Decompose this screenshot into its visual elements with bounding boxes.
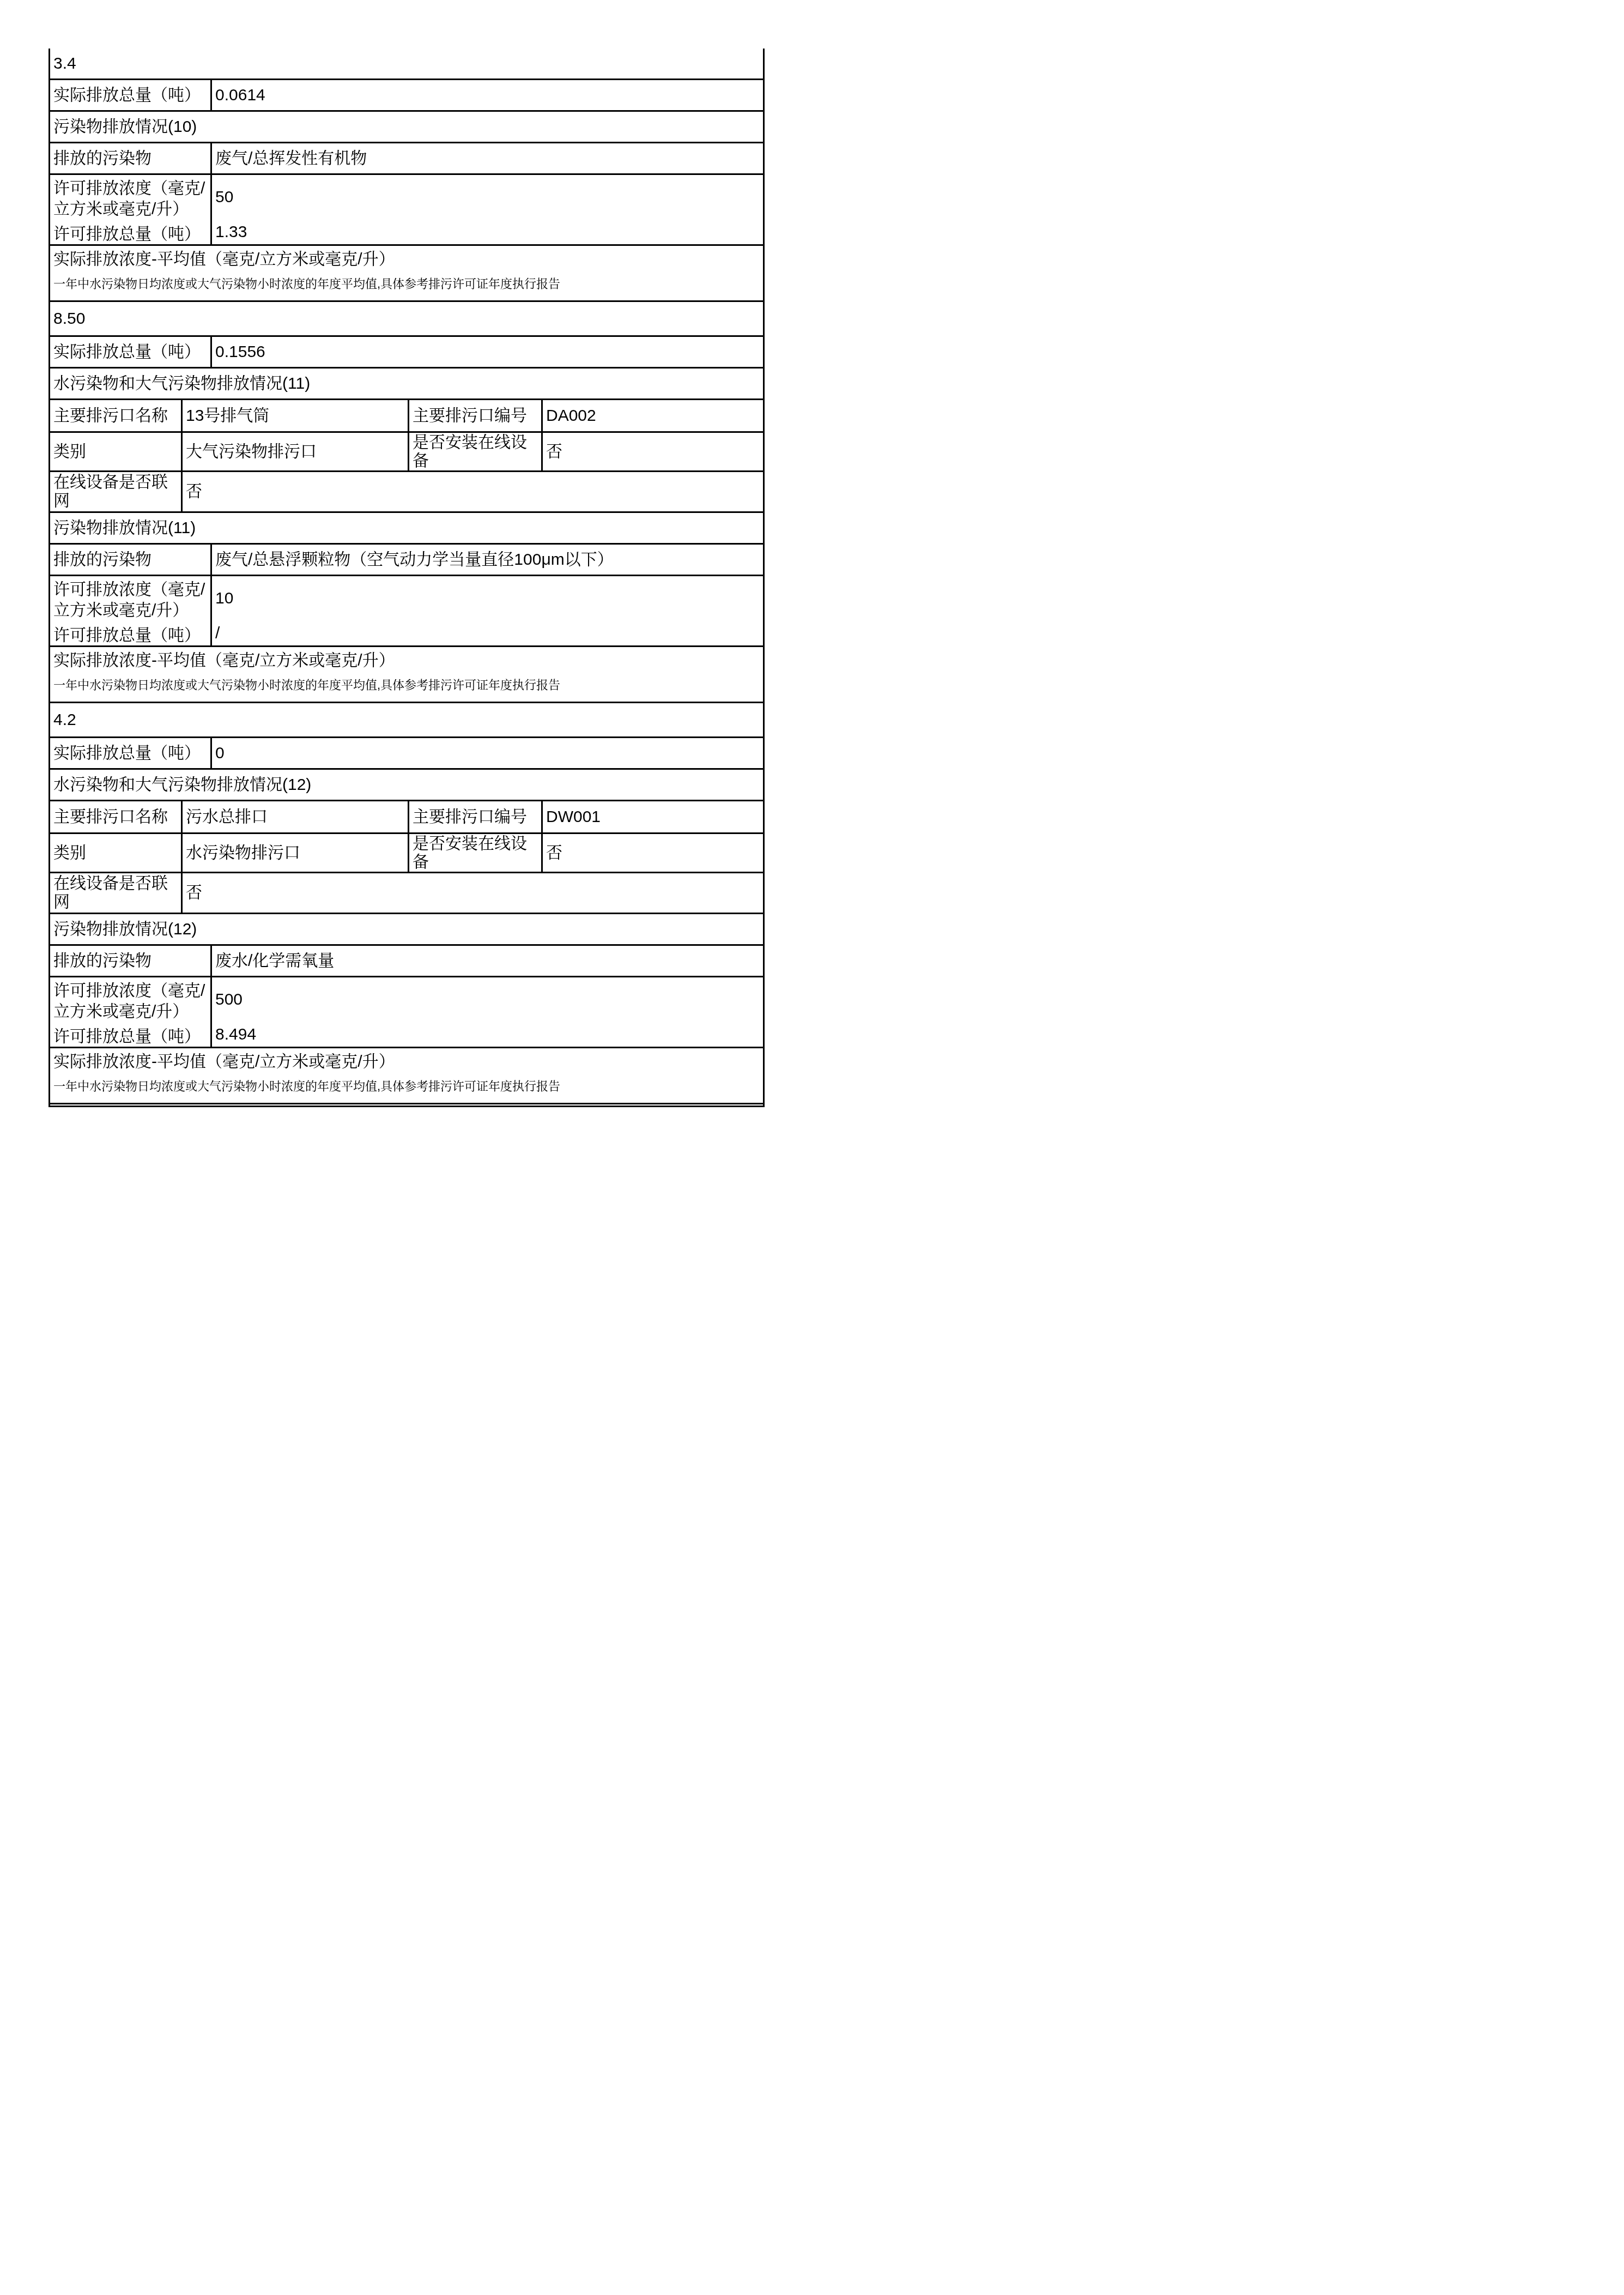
section-header: 污染物排放情况(12) [50, 914, 763, 944]
field-label: 类别 [50, 433, 181, 470]
table-row: 实际排放浓度-平均值（毫克/立方米或毫克/升） 一年中水污染物日均浓度或大气污染… [50, 1048, 763, 1107]
field-value: 废水/化学需氧量 [210, 946, 763, 976]
table-row: 许可排放浓度（毫克/立方米或毫克/升） 许可排放总量（吨） 10 / [50, 576, 763, 647]
field-value: 0.0614 [210, 80, 763, 110]
field-value: 否 [541, 433, 763, 470]
emissions-table: 3.4 实际排放总量（吨） 0.0614 污染物排放情况(10) 排放的污染物 … [49, 49, 765, 1107]
permit-label-column: 许可排放浓度（毫克/立方米或毫克/升） 许可排放总量（吨） [50, 977, 210, 1047]
section-header: 污染物排放情况(11) [50, 513, 763, 543]
report-page: 3.4 实际排放总量（吨） 0.0614 污染物排放情况(10) 排放的污染物 … [0, 0, 812, 1147]
field-value: 污水总排口 [181, 801, 408, 832]
field-value: 8.494 [212, 1022, 763, 1047]
field-label: 主要排污口编号 [408, 801, 541, 832]
field-value: 否 [541, 834, 763, 872]
note-text: 一年中水污染物日均浓度或大气污染物小时浓度的年度平均值,具体参考排污许可证年度执… [53, 1079, 560, 1094]
field-label: 实际排放浓度-平均值（毫克/立方米或毫克/升） [53, 250, 395, 269]
table-row: 许可排放浓度（毫克/立方米或毫克/升） 许可排放总量（吨） 50 1.33 [50, 175, 763, 246]
table-row: 排放的污染物 废气/总挥发性有机物 [50, 143, 763, 175]
table-row: 实际排放总量（吨） 0.1556 [50, 337, 763, 369]
field-value: 13号排气筒 [181, 400, 408, 431]
field-value: 大气污染物排污口 [181, 433, 408, 470]
table-row: 水污染物和大气污染物排放情况(11) [50, 369, 763, 400]
section-header: 水污染物和大气污染物排放情况(12) [50, 770, 763, 800]
field-value: 否 [181, 472, 763, 511]
carryover-value: 3.4 [50, 49, 763, 78]
table-row: 排放的污染物 废气/总悬浮颗粒物（空气动力学当量直径100μm以下） [50, 545, 763, 576]
field-value: 50 [212, 175, 763, 220]
field-label: 实际排放浓度-平均值（毫克/立方米或毫克/升） [53, 651, 395, 671]
field-label: 主要排污口名称 [50, 400, 181, 431]
table-row: 污染物排放情况(10) [50, 112, 763, 143]
table-row: 3.4 [50, 49, 763, 80]
field-label: 许可排放浓度（毫克/立方米或毫克/升） [50, 977, 210, 1022]
note-text: 一年中水污染物日均浓度或大气污染物小时浓度的年度平均值,具体参考排污许可证年度执… [53, 678, 560, 692]
table-row: 实际排放总量（吨） 0 [50, 738, 763, 770]
table-row: 8.50 [50, 302, 763, 337]
field-label: 实际排放总量（吨） [50, 337, 210, 367]
field-label: 排放的污染物 [50, 143, 210, 173]
table-row: 排放的污染物 废水/化学需氧量 [50, 946, 763, 977]
permit-label-column: 许可排放浓度（毫克/立方米或毫克/升） 许可排放总量（吨） [50, 175, 210, 244]
field-label: 类别 [50, 834, 181, 872]
field-value: DW001 [541, 801, 763, 832]
permit-label-column: 许可排放浓度（毫克/立方米或毫克/升） 许可排放总量（吨） [50, 576, 210, 645]
field-value: 废气/总悬浮颗粒物（空气动力学当量直径100μm以下） [210, 545, 763, 575]
field-value: 500 [212, 977, 763, 1022]
field-label: 许可排放浓度（毫克/立方米或毫克/升） [50, 175, 210, 220]
table-row: 在线设备是否联网 否 [50, 472, 763, 513]
permit-value-column: 500 8.494 [210, 977, 763, 1047]
field-value: 否 [181, 873, 763, 913]
field-label: 实际排放总量（吨） [50, 738, 210, 768]
field-label: 许可排放总量（吨） [50, 1022, 210, 1047]
field-value: 8.50 [50, 302, 763, 335]
section-header: 污染物排放情况(10) [50, 112, 763, 142]
table-row: 4.2 [50, 703, 763, 738]
concentration-cell: 实际排放浓度-平均值（毫克/立方米或毫克/升） 一年中水污染物日均浓度或大气污染… [50, 1048, 763, 1103]
section-header: 水污染物和大气污染物排放情况(11) [50, 369, 763, 398]
table-row: 在线设备是否联网 否 [50, 873, 763, 914]
table-row: 类别 大气污染物排污口 是否安装在线设备 否 [50, 433, 763, 472]
field-value: 10 [212, 576, 763, 621]
table-row: 类别 水污染物排污口 是否安装在线设备 否 [50, 834, 763, 873]
field-value: 水污染物排污口 [181, 834, 408, 872]
field-value: 废气/总挥发性有机物 [210, 143, 763, 173]
field-value: / [212, 621, 763, 645]
field-label: 许可排放总量（吨） [50, 621, 210, 645]
field-label: 在线设备是否联网 [50, 472, 181, 511]
table-row: 污染物排放情况(12) [50, 914, 763, 946]
field-label: 许可排放总量（吨） [50, 220, 210, 244]
table-row: 实际排放总量（吨） 0.0614 [50, 80, 763, 112]
table-row: 主要排污口名称 13号排气筒 主要排污口编号 DA002 [50, 400, 763, 433]
field-label: 主要排污口编号 [408, 400, 541, 431]
table-row: 许可排放浓度（毫克/立方米或毫克/升） 许可排放总量（吨） 500 8.494 [50, 977, 763, 1048]
field-label: 是否安装在线设备 [408, 834, 541, 872]
permit-value-column: 50 1.33 [210, 175, 763, 244]
table-row: 主要排污口名称 污水总排口 主要排污口编号 DW001 [50, 801, 763, 834]
field-label: 排放的污染物 [50, 946, 210, 976]
field-label: 实际排放浓度-平均值（毫克/立方米或毫克/升） [53, 1052, 395, 1072]
field-label: 实际排放总量（吨） [50, 80, 210, 110]
field-value: DA002 [541, 400, 763, 431]
field-label: 在线设备是否联网 [50, 873, 181, 913]
permit-value-column: 10 / [210, 576, 763, 645]
field-value: 0 [210, 738, 763, 768]
table-row: 实际排放浓度-平均值（毫克/立方米或毫克/升） 一年中水污染物日均浓度或大气污染… [50, 246, 763, 302]
field-value: 0.1556 [210, 337, 763, 367]
concentration-cell: 实际排放浓度-平均值（毫克/立方米或毫克/升） 一年中水污染物日均浓度或大气污染… [50, 246, 763, 300]
field-value: 1.33 [212, 220, 763, 244]
table-row: 水污染物和大气污染物排放情况(12) [50, 770, 763, 801]
table-row: 实际排放浓度-平均值（毫克/立方米或毫克/升） 一年中水污染物日均浓度或大气污染… [50, 647, 763, 703]
field-label: 排放的污染物 [50, 545, 210, 575]
field-label: 是否安装在线设备 [408, 433, 541, 470]
concentration-cell: 实际排放浓度-平均值（毫克/立方米或毫克/升） 一年中水污染物日均浓度或大气污染… [50, 647, 763, 702]
note-text: 一年中水污染物日均浓度或大气污染物小时浓度的年度平均值,具体参考排污许可证年度执… [53, 277, 560, 291]
field-label: 许可排放浓度（毫克/立方米或毫克/升） [50, 576, 210, 621]
field-value: 4.2 [50, 703, 763, 736]
field-label: 主要排污口名称 [50, 801, 181, 832]
table-row: 污染物排放情况(11) [50, 513, 763, 545]
